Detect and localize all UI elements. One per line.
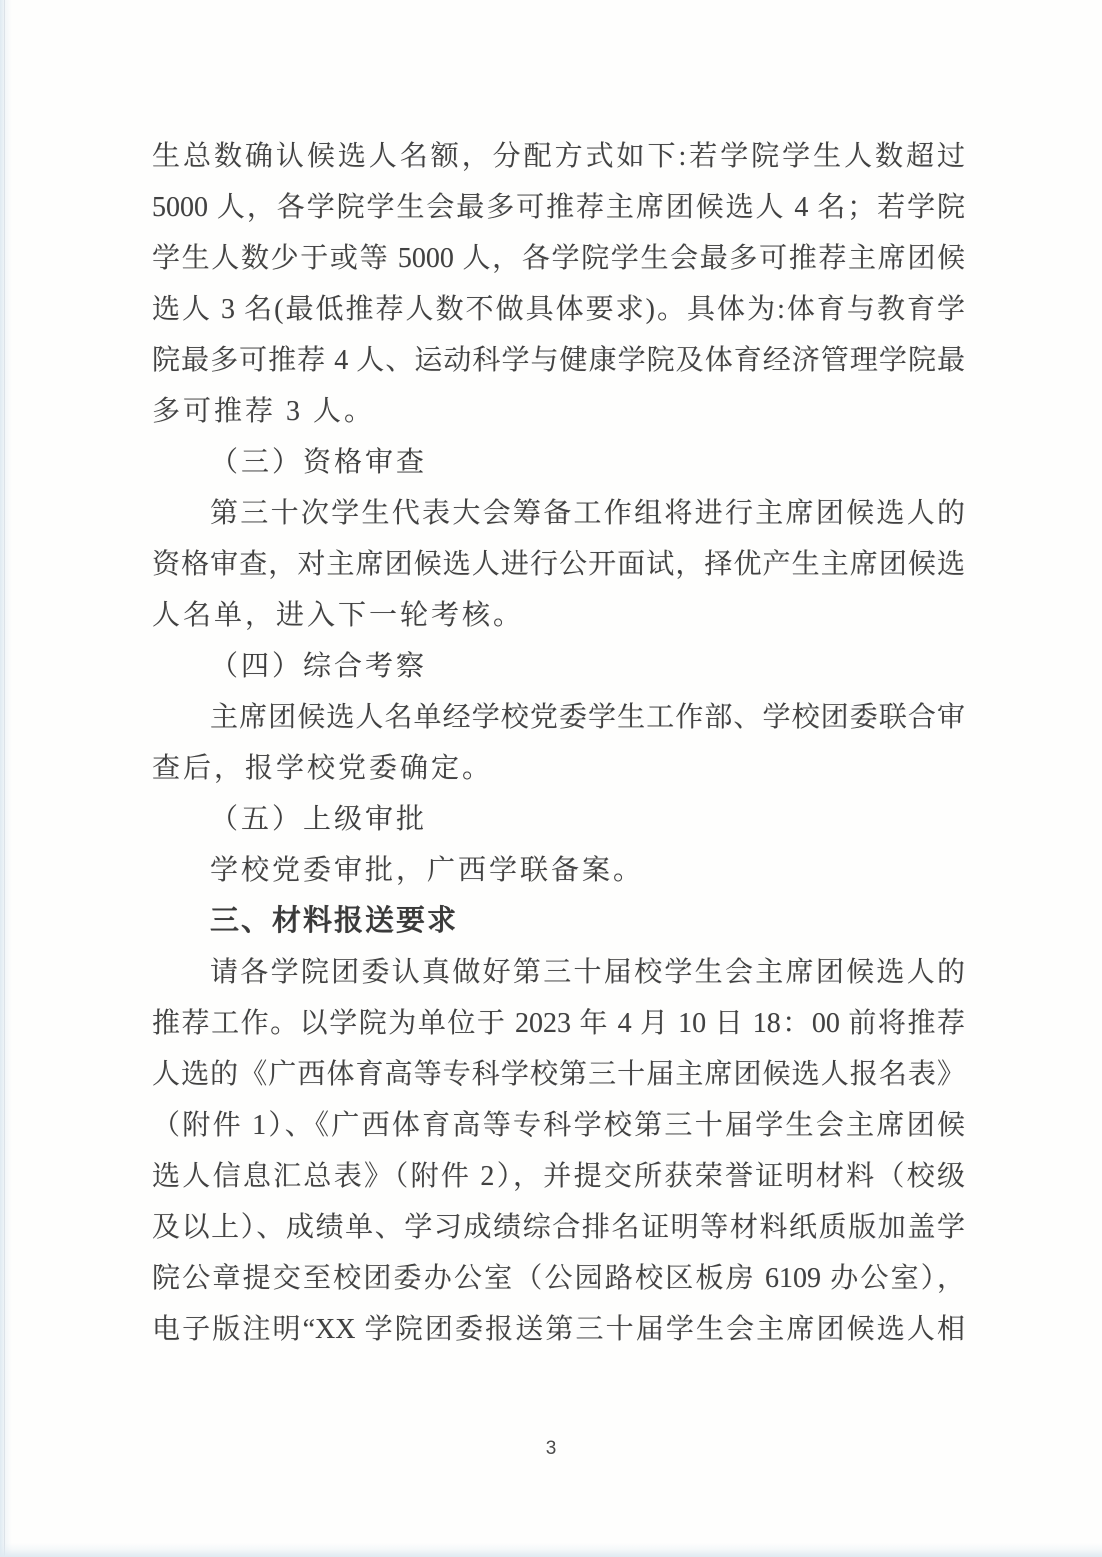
text-line: 学校党委审批，广西学联备案。 — [152, 845, 965, 896]
text-line: 院最多可推荐 4 人、运动科学与健康学院及体育经济管理学院最 — [152, 335, 965, 386]
document-body: 生总数确认候选人名额，分配方式如下:若学院学生人数超过5000 人，各学院学生会… — [152, 131, 965, 1355]
text-line: （四）综合考察 — [152, 641, 965, 692]
text-line: 主席团候选人名单经学校党委学生工作部、学校团委联合审 — [152, 692, 965, 743]
text-line: 院公章提交至校团委办公室（公园路校区板房 6109 办公室）， — [152, 1253, 965, 1304]
text-line: 多可推荐 3 人。 — [152, 386, 965, 437]
text-line: （五）上级审批 — [152, 794, 965, 845]
text-line: 查后，报学校党委确定。 — [152, 743, 965, 794]
text-line: 人选的《广西体育高等专科学校第三十届主席团候选人报名表》 — [152, 1049, 965, 1100]
text-line: （附件 1）、《广西体育高等专科学校第三十届学生会主席团候 — [152, 1100, 965, 1151]
text-line: （三）资格审查 — [152, 437, 965, 488]
document-page: 生总数确认候选人名额，分配方式如下:若学院学生人数超过5000 人，各学院学生会… — [0, 0, 1102, 1557]
text-line: 三、材料报送要求 — [152, 896, 965, 947]
page-number: 3 — [0, 1438, 1102, 1460]
text-line: 学生人数少于或等 5000 人，各学院学生会最多可推荐主席团候 — [152, 233, 965, 284]
text-line: 人名单，进入下一轮考核。 — [152, 590, 965, 641]
text-line: 请各学院团委认真做好第三十届校学生会主席团候选人的 — [152, 947, 965, 998]
text-line: 资格审查，对主席团候选人进行公开面试，择优产生主席团候选 — [152, 539, 965, 590]
scan-edge-tint-left — [0, 0, 12, 1557]
scan-edge-tint-bottom — [0, 1543, 1102, 1557]
text-line: 5000 人，各学院学生会最多可推荐主席团候选人 4 名；若学院 — [152, 182, 965, 233]
text-line: 选人信息汇总表》（附件 2），并提交所获荣誉证明材料（校级 — [152, 1151, 965, 1202]
scanner-artifact-line — [4, 0, 5, 1557]
text-line: 推荐工作。以学院为单位于 2023 年 4 月 10 日 18：00 前将推荐 — [152, 998, 965, 1049]
text-line: 生总数确认候选人名额，分配方式如下:若学院学生人数超过 — [152, 131, 965, 182]
text-line: 及以上）、成绩单、学习成绩综合排名证明等材料纸质版加盖学 — [152, 1202, 965, 1253]
text-line: 电子版注明“XX 学院团委报送第三十届学生会主席团候选人相 — [152, 1304, 965, 1355]
text-line: 第三十次学生代表大会筹备工作组将进行主席团候选人的 — [152, 488, 965, 539]
text-line: 选人 3 名(最低推荐人数不做具体要求)。具体为:体育与教育学 — [152, 284, 965, 335]
